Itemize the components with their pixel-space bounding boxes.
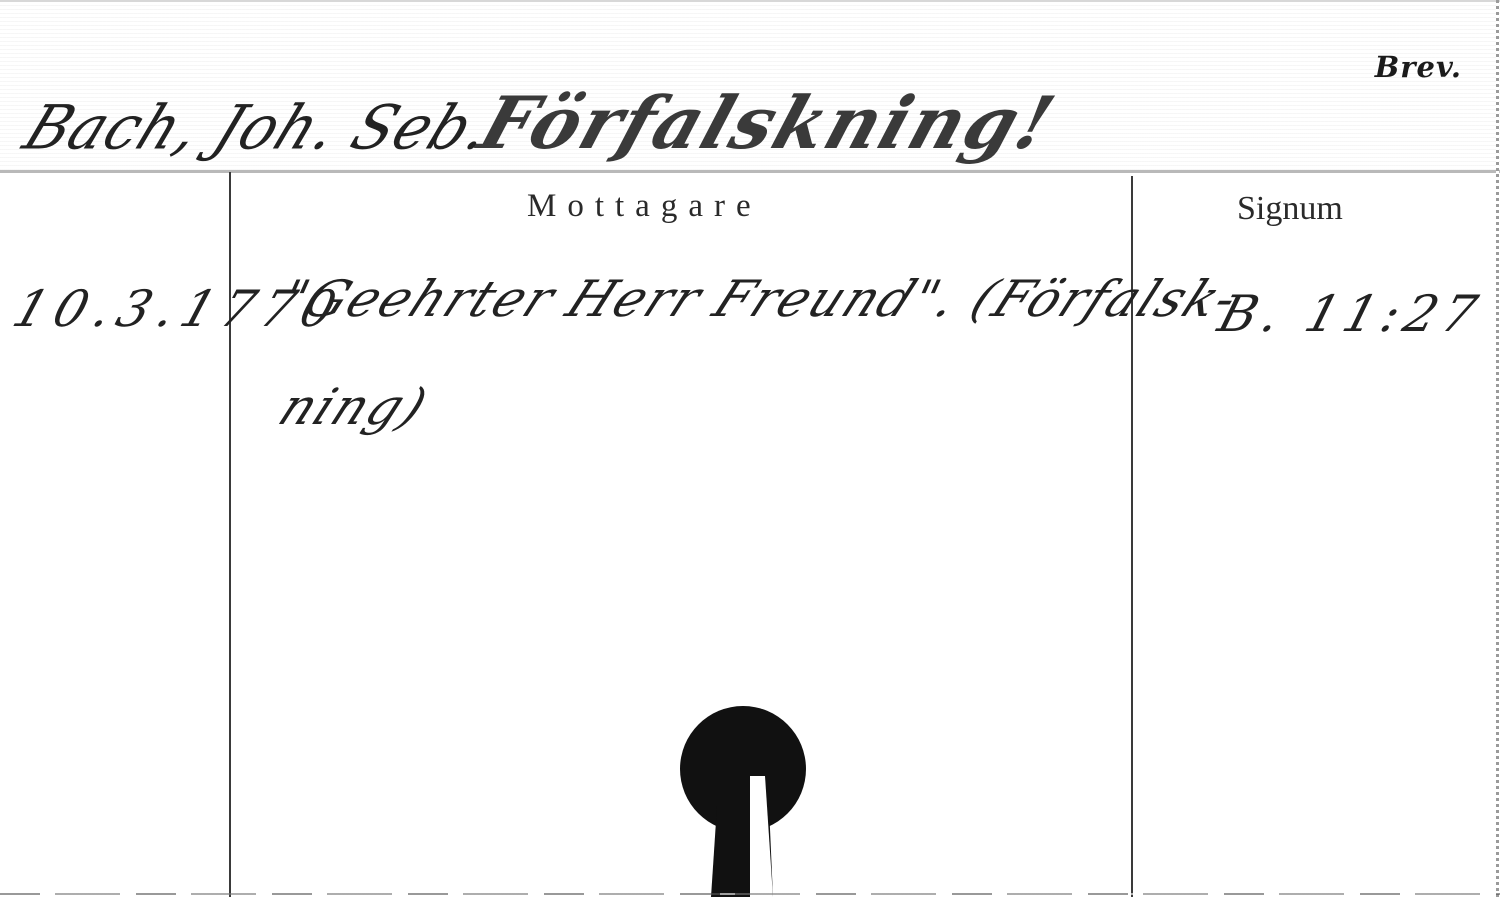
signum-column-header: Signum bbox=[1237, 190, 1343, 228]
recipient-column-header: Mottagare bbox=[527, 188, 762, 225]
header-divider bbox=[0, 170, 1500, 173]
handwritten-name: Bach, Joh. Seb. bbox=[14, 92, 504, 163]
handwritten-signum: B. 11:27 bbox=[1212, 285, 1489, 343]
handwritten-recipient-line-2: ning) bbox=[270, 378, 438, 436]
card-bottom-edge bbox=[0, 893, 1500, 895]
handwritten-annotation: Förfalskning! bbox=[470, 80, 1066, 165]
handwritten-recipient-line-1: "Geehrter Herr Freund". (Förfalsk- bbox=[270, 270, 1250, 328]
category-label: Brev. bbox=[1375, 50, 1462, 84]
catalog-card: Brev. Bach, Joh. Seb. Förfalskning! Mott… bbox=[0, 0, 1500, 897]
punch-hole-icon bbox=[677, 706, 809, 897]
card-right-edge bbox=[1496, 0, 1499, 897]
